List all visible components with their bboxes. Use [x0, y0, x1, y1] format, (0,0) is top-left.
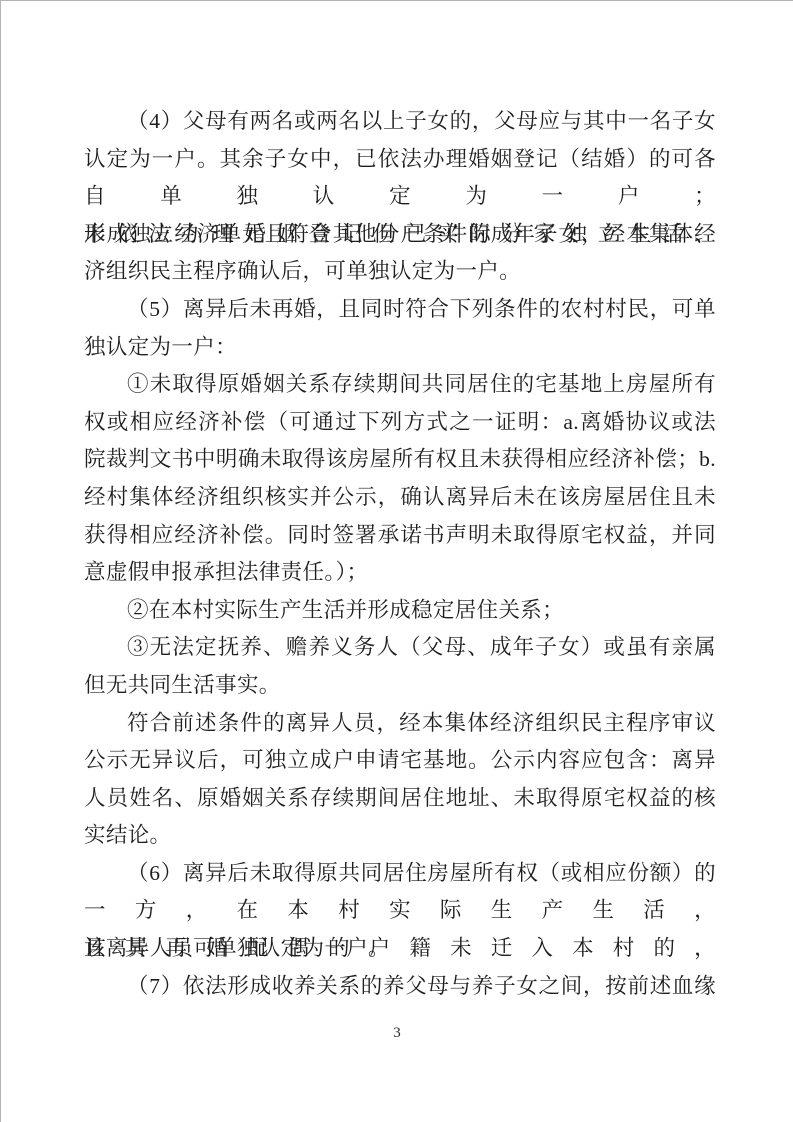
text-line: ③无法定抚养、赡养义务人（父母、成年子女）或虽有亲属: [84, 629, 716, 667]
text-line: （6）离异后未取得原共同居住房屋所有权（或相应份额）的: [84, 855, 716, 893]
text-line: （4）父母有两名或两名以上子女的，父母应与其中一名子女: [84, 103, 716, 141]
text-line: 实结论。: [84, 817, 716, 855]
text-line: 人员姓名、原婚姻关系存续期间居住地址、未取得原宅权益的核: [84, 780, 716, 818]
text-line: （7）依法形成收养关系的养父母与养子女之间，按前述血缘: [84, 968, 716, 1006]
text-line: 但无共同生活事实。: [84, 667, 716, 705]
document-body: （4）父母有两名或两名以上子女的，父母应与其中一名子女 认定为一户。其余子女中，…: [84, 103, 716, 1005]
text-line: （5）离异后未再婚，且同时符合下列条件的农村村民，可单: [84, 291, 716, 329]
text-line: 一方，在本村实际生产生活，且其再婚配偶的户籍未迁入本村的，: [84, 892, 716, 930]
text-line: 认定为一户。其余子女中，已依法办理婚姻登记（结婚）的可各: [84, 141, 716, 179]
text-line: 院裁判文书中明确未取得该房屋所有权且未获得相应经济补偿；b.: [84, 441, 716, 479]
text-line: 经村集体经济组织核实并公示，确认离异后未在该房屋居住且未: [84, 479, 716, 517]
text-line: 公示无异议后，可独立成户申请宅基地。公示内容应包含：离异: [84, 742, 716, 780]
text-line: 获得相应经济补偿。同时签署承诺书声明未取得原宅权益，并同: [84, 517, 716, 555]
page-number: 3: [393, 1025, 401, 1041]
text-line: 意虚假申报承担法律责任。）；: [84, 554, 716, 592]
text-line: 形成独立经济单元且符合其他分户条件的成年子女，经本集体经: [84, 216, 716, 254]
text-line: 济组织民主程序确认后，可单独认定为一户。: [84, 253, 716, 291]
text-line: 独认定为一户：: [84, 329, 716, 367]
text-line: ①未取得原婚姻关系存续期间共同居住的宅基地上房屋所有: [84, 366, 716, 404]
text-line: 符合前述条件的离异人员，经本集体经济组织民主程序审议: [84, 705, 716, 743]
document-page: （4）父母有两名或两名以上子女的，父母应与其中一名子女 认定为一户。其余子女中，…: [0, 0, 793, 1122]
text-line: ②在本村实际生产生活并形成稳定居住关系；: [84, 592, 716, 630]
page-footer: 3: [1, 1025, 793, 1042]
text-line: 权或相应经济补偿（可通过下列方式之一证明：a.离婚协议或法: [84, 404, 716, 442]
text-line: 自单独认定为一户；未依法办理婚姻登记但已实际分家独立生活、: [84, 178, 716, 216]
